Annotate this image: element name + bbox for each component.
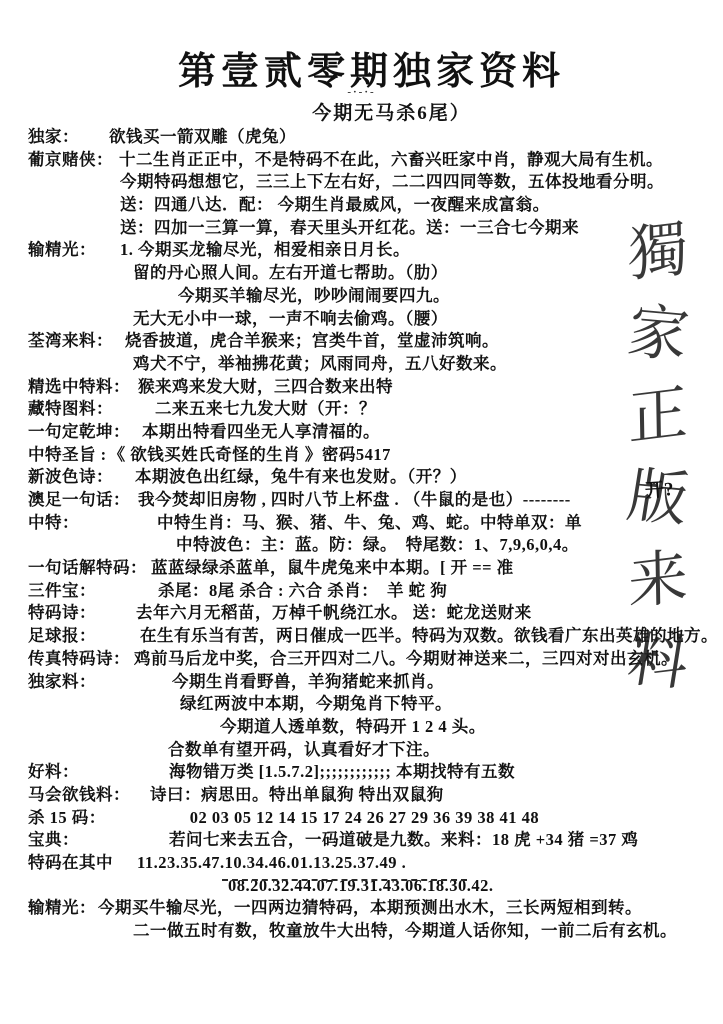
doc-line: 马会欲钱料：诗曰：病思田。特出单鼠狗 特出双鼠狗 bbox=[28, 784, 719, 807]
line-label: 葡京赌侠： bbox=[28, 149, 113, 172]
doc-line: 新波色诗：本期波色出红绿，兔牛有来也发财。（开？） bbox=[28, 466, 719, 489]
doc-line: 中特波色：主：蓝。防：绿。 特尾数：1、7,9,6,0,4。 bbox=[28, 534, 719, 557]
line-text: 二一做五时有数，牧童放牛大出特，今期道人话你知，一前二后有玄机。 bbox=[133, 920, 677, 943]
doc-lines: 独家：欲钱买一箭双雕（虎兔）葡京赌侠：十二生肖正正中，不是特码不在此，六畜兴旺家… bbox=[28, 126, 719, 943]
doc-line: 送：四通八达．配： 今期生肖最威风，一夜醒来成富翁。 bbox=[28, 194, 719, 217]
line-label: 荃湾来料： bbox=[28, 330, 113, 353]
document-page: 第壹贰零期独家资料 -·-·- 今期无马杀6尾） 独家：欲钱买一箭双雕（虎兔）葡… bbox=[0, 0, 723, 1024]
doc-line: 中特圣旨 :《 欲钱买姓氏奇怪的生肖 》密码5417 bbox=[28, 444, 719, 467]
line-label: 三件宝： bbox=[28, 580, 96, 603]
line-label: 澳足一句话： bbox=[28, 489, 130, 512]
doc-line: 好料：海物错万类 [1.5.7.2];;;;;;;;;;;; 本期找特有五数 bbox=[28, 761, 719, 784]
line-text: 今期道人透单数，特码开 1 2 4 头。 bbox=[220, 716, 486, 739]
title-underline-mark: -·-·- bbox=[0, 86, 723, 98]
doc-line: 留的丹心照人间。左右开道七帮助。（肋） bbox=[28, 262, 719, 285]
doc-line: 葡京赌侠：十二生肖正正中，不是特码不在此，六畜兴旺家中肖，静观大局有生机。 bbox=[28, 149, 719, 172]
line-label: 一句话解特码： bbox=[28, 557, 147, 580]
doc-line: 独家料：今期生肖看野兽，羊狗猪蛇来抓肖。 bbox=[28, 671, 719, 694]
line-text: 《 欲钱买姓氏奇怪的生肖 》密码5417 bbox=[109, 444, 391, 467]
doc-line: 一句定乾坤：本期出特看四坐无人享清福的。 bbox=[28, 421, 719, 444]
line-label: 独家料： bbox=[28, 671, 96, 694]
line-text: 猴来鸡来发大财，三四合数来出特 bbox=[138, 376, 393, 399]
line-text: 11.23.35.47.10.34.46.01.13.25.37.49 . bbox=[137, 852, 406, 875]
doc-line: 足球报：在生有乐当有苦，两日催成一匹半。特码为双数。欲钱看广东出英雄的地方。 bbox=[28, 625, 719, 648]
line-text: 二来五来七九发大财（开：？ bbox=[155, 398, 376, 421]
line-text: 08.20.32.44.07.19.31.43.06.18.30.42. bbox=[228, 875, 494, 898]
line-text: 送：四加一三算一算，春天里头开红花。送：一三合七今期来 bbox=[120, 217, 579, 240]
doc-line: 特码在其中11.23.35.47.10.34.46.01.13.25.37.49… bbox=[28, 852, 719, 875]
doc-line: 精选中特料：猴来鸡来发大财，三四合数来出特 bbox=[28, 376, 719, 399]
doc-line: 三件宝：杀尾：8尾 杀合 : 六合 杀肖： 羊 蛇 狗 bbox=[28, 580, 719, 603]
doc-line: 08.20.32.44.07.19.31.43.06.18.30.42. bbox=[28, 875, 719, 898]
line-text: 我今焚却旧房物 , 四时八节上杯盘 . （牛鼠的是也）-------- bbox=[138, 489, 571, 512]
doc-line: 传真特码诗：鸡前马后龙中奖，合三开四对二八。今期财神送来二，三四对对出玄机。 bbox=[28, 648, 719, 671]
line-text: 本期出特看四坐无人享清福的。 bbox=[142, 421, 380, 444]
page-subtitle: 今期无马杀6尾） bbox=[0, 98, 723, 125]
line-text: 无大无小中一球，一声不响去偷鸡。（腰） bbox=[133, 308, 448, 331]
line-text: 蓝蓝绿绿杀蓝单，鼠牛虎兔来中本期。[ 开 == 准 bbox=[151, 557, 514, 580]
line-text: 欲钱买一箭双雕（虎兔） bbox=[109, 126, 296, 149]
line-text: 鸡犬不宁，举袖拂花黄；风雨同舟，五八好数来。 bbox=[133, 353, 507, 376]
doc-line: 中特：中特生肖：马、猴、猪、牛、兔、鸡、蛇。中特单双：单 bbox=[28, 512, 719, 535]
line-label: 输精光： bbox=[28, 897, 96, 920]
doc-line: 今期道人透单数，特码开 1 2 4 头。 bbox=[28, 716, 719, 739]
line-text: 绿红两波中本期，今期兔肖下特平。 bbox=[180, 693, 452, 716]
line-text: 十二生肖正正中，不是特码不在此，六畜兴旺家中肖，静观大局有生机。 bbox=[119, 149, 663, 172]
doc-line: 送：四加一三算一算，春天里头开红花。送：一三合七今期来 bbox=[28, 217, 719, 240]
doc-line: 澳足一句话：我今焚却旧房物 , 四时八节上杯盘 . （牛鼠的是也）-------… bbox=[28, 489, 719, 512]
doc-line: 独家：欲钱买一箭双雕（虎兔） bbox=[28, 126, 719, 149]
line-text: 今期买牛输尽光，一四两边猜特码，本期预测出水木，三长两短相到转。 bbox=[98, 897, 642, 920]
doc-line: 输精光：1. 今期买龙输尽光，相爱相亲日月长。 bbox=[28, 239, 719, 262]
line-label: 足球报： bbox=[28, 625, 96, 648]
line-text: 今期买羊输尽光，吵吵闹闹要四九。 bbox=[178, 285, 450, 308]
line-label: 传真特码诗： bbox=[28, 648, 130, 671]
doc-line: 藏特图料：二来五来七九发大财（开：？ bbox=[28, 398, 719, 421]
line-text: 送：四通八达．配： 今期生肖最威风，一夜醒来成富翁。 bbox=[120, 194, 550, 217]
line-text: 鸡前马后龙中奖，合三开四对二八。今期财神送来二，三四对对出玄机。 bbox=[134, 648, 678, 671]
line-text: 1. 今期买龙输尽光，相爱相亲日月长。 bbox=[120, 239, 410, 262]
line-text: 在生有乐当有苦，两日催成一匹半。特码为双数。欲钱看广东出英雄的地方。 bbox=[140, 625, 718, 648]
line-label: 新波色诗： bbox=[28, 466, 113, 489]
line-label: 精选中特料： bbox=[28, 376, 130, 399]
line-text: 去年六月无稻苗，万棹千帆绕江水。 送：蛇龙送财来 bbox=[136, 602, 532, 625]
doc-line: 一句话解特码：蓝蓝绿绿杀蓝单，鼠牛虎兔来中本期。[ 开 == 准 bbox=[28, 557, 719, 580]
line-text: 今期特码想想它，三三上下左右好，二二四四同等数，五体投地看分明。 bbox=[120, 171, 664, 194]
line-text: 海物错万类 [1.5.7.2];;;;;;;;;;;; 本期找特有五数 bbox=[169, 761, 515, 784]
line-text: 留的丹心照人间。左右开道七帮助。（肋） bbox=[133, 262, 448, 285]
doc-line: 绿红两波中本期，今期兔肖下特平。 bbox=[28, 693, 719, 716]
handwritten-open-question: 开? bbox=[644, 474, 674, 503]
line-label: 特码诗： bbox=[28, 602, 96, 625]
doc-line: 荃湾来料：烧香披道，虎合羊猴来；宫类牛首，堂虚沛筑响。 bbox=[28, 330, 719, 353]
line-label: 好料： bbox=[28, 761, 79, 784]
line-label: 宝典： bbox=[28, 829, 79, 852]
doc-line: 宝典：若问七来去五合，一码道破是九数。来料：18 虎 +34 猪 =37 鸡 bbox=[28, 829, 719, 852]
line-label: 藏特图料： bbox=[28, 398, 113, 421]
doc-line: 今期特码想想它，三三上下左右好，二二四四同等数，五体投地看分明。 bbox=[28, 171, 719, 194]
doc-line: 特码诗：去年六月无稻苗，万棹千帆绕江水。 送：蛇龙送财来 bbox=[28, 602, 719, 625]
doc-line: 无大无小中一球，一声不响去偷鸡。（腰） bbox=[28, 308, 719, 331]
doc-line: 合数单有望开码，认真看好才下注。 bbox=[28, 739, 719, 762]
doc-line: 杀 15 码：02 03 05 12 14 15 17 24 26 27 29 … bbox=[28, 807, 719, 830]
line-text: 本期波色出红绿，兔牛有来也发财。（开？） bbox=[135, 466, 467, 489]
line-text: 中特生肖：马、猴、猪、牛、兔、鸡、蛇。中特单双：单 bbox=[157, 512, 582, 535]
doc-line: 鸡犬不宁，举袖拂花黄；风雨同舟，五八好数来。 bbox=[28, 353, 719, 376]
line-text: 诗曰：病思田。特出单鼠狗 特出双鼠狗 bbox=[150, 784, 444, 807]
line-text: 02 03 05 12 14 15 17 24 26 27 29 36 39 3… bbox=[190, 807, 539, 830]
line-label: 特码在其中 bbox=[28, 852, 113, 875]
line-text: 中特波色：主：蓝。防：绿。 特尾数：1、7,9,6,0,4。 bbox=[176, 534, 579, 557]
line-label: 独家： bbox=[28, 126, 79, 149]
line-text: 今期生肖看野兽，羊狗猪蛇来抓肖。 bbox=[172, 671, 444, 694]
line-label: 中特： bbox=[28, 512, 79, 535]
doc-line: 二一做五时有数，牧童放牛大出特，今期道人话你知，一前二后有玄机。 bbox=[28, 920, 719, 943]
line-label: 一句定乾坤： bbox=[28, 421, 130, 444]
doc-line: 输精光：今期买牛输尽光，一四两边猜特码，本期预测出水木，三长两短相到转。 bbox=[28, 897, 719, 920]
line-text: 若问七来去五合，一码道破是九数。来料：18 虎 +34 猪 =37 鸡 bbox=[169, 829, 638, 852]
line-text: 杀尾：8尾 杀合 : 六合 杀肖： 羊 蛇 狗 bbox=[158, 580, 447, 603]
line-text: 烧香披道，虎合羊猴来；宫类牛首，堂虚沛筑响。 bbox=[125, 330, 499, 353]
line-label: 马会欲钱料： bbox=[28, 784, 130, 807]
line-text: 合数单有望开码，认真看好才下注。 bbox=[168, 739, 440, 762]
line-label: 杀 15 码： bbox=[28, 807, 106, 830]
line-label: 中特圣旨 : bbox=[28, 444, 107, 467]
doc-line: 今期买羊输尽光，吵吵闹闹要四九。 bbox=[28, 285, 719, 308]
line-label: 输精光： bbox=[28, 239, 96, 262]
